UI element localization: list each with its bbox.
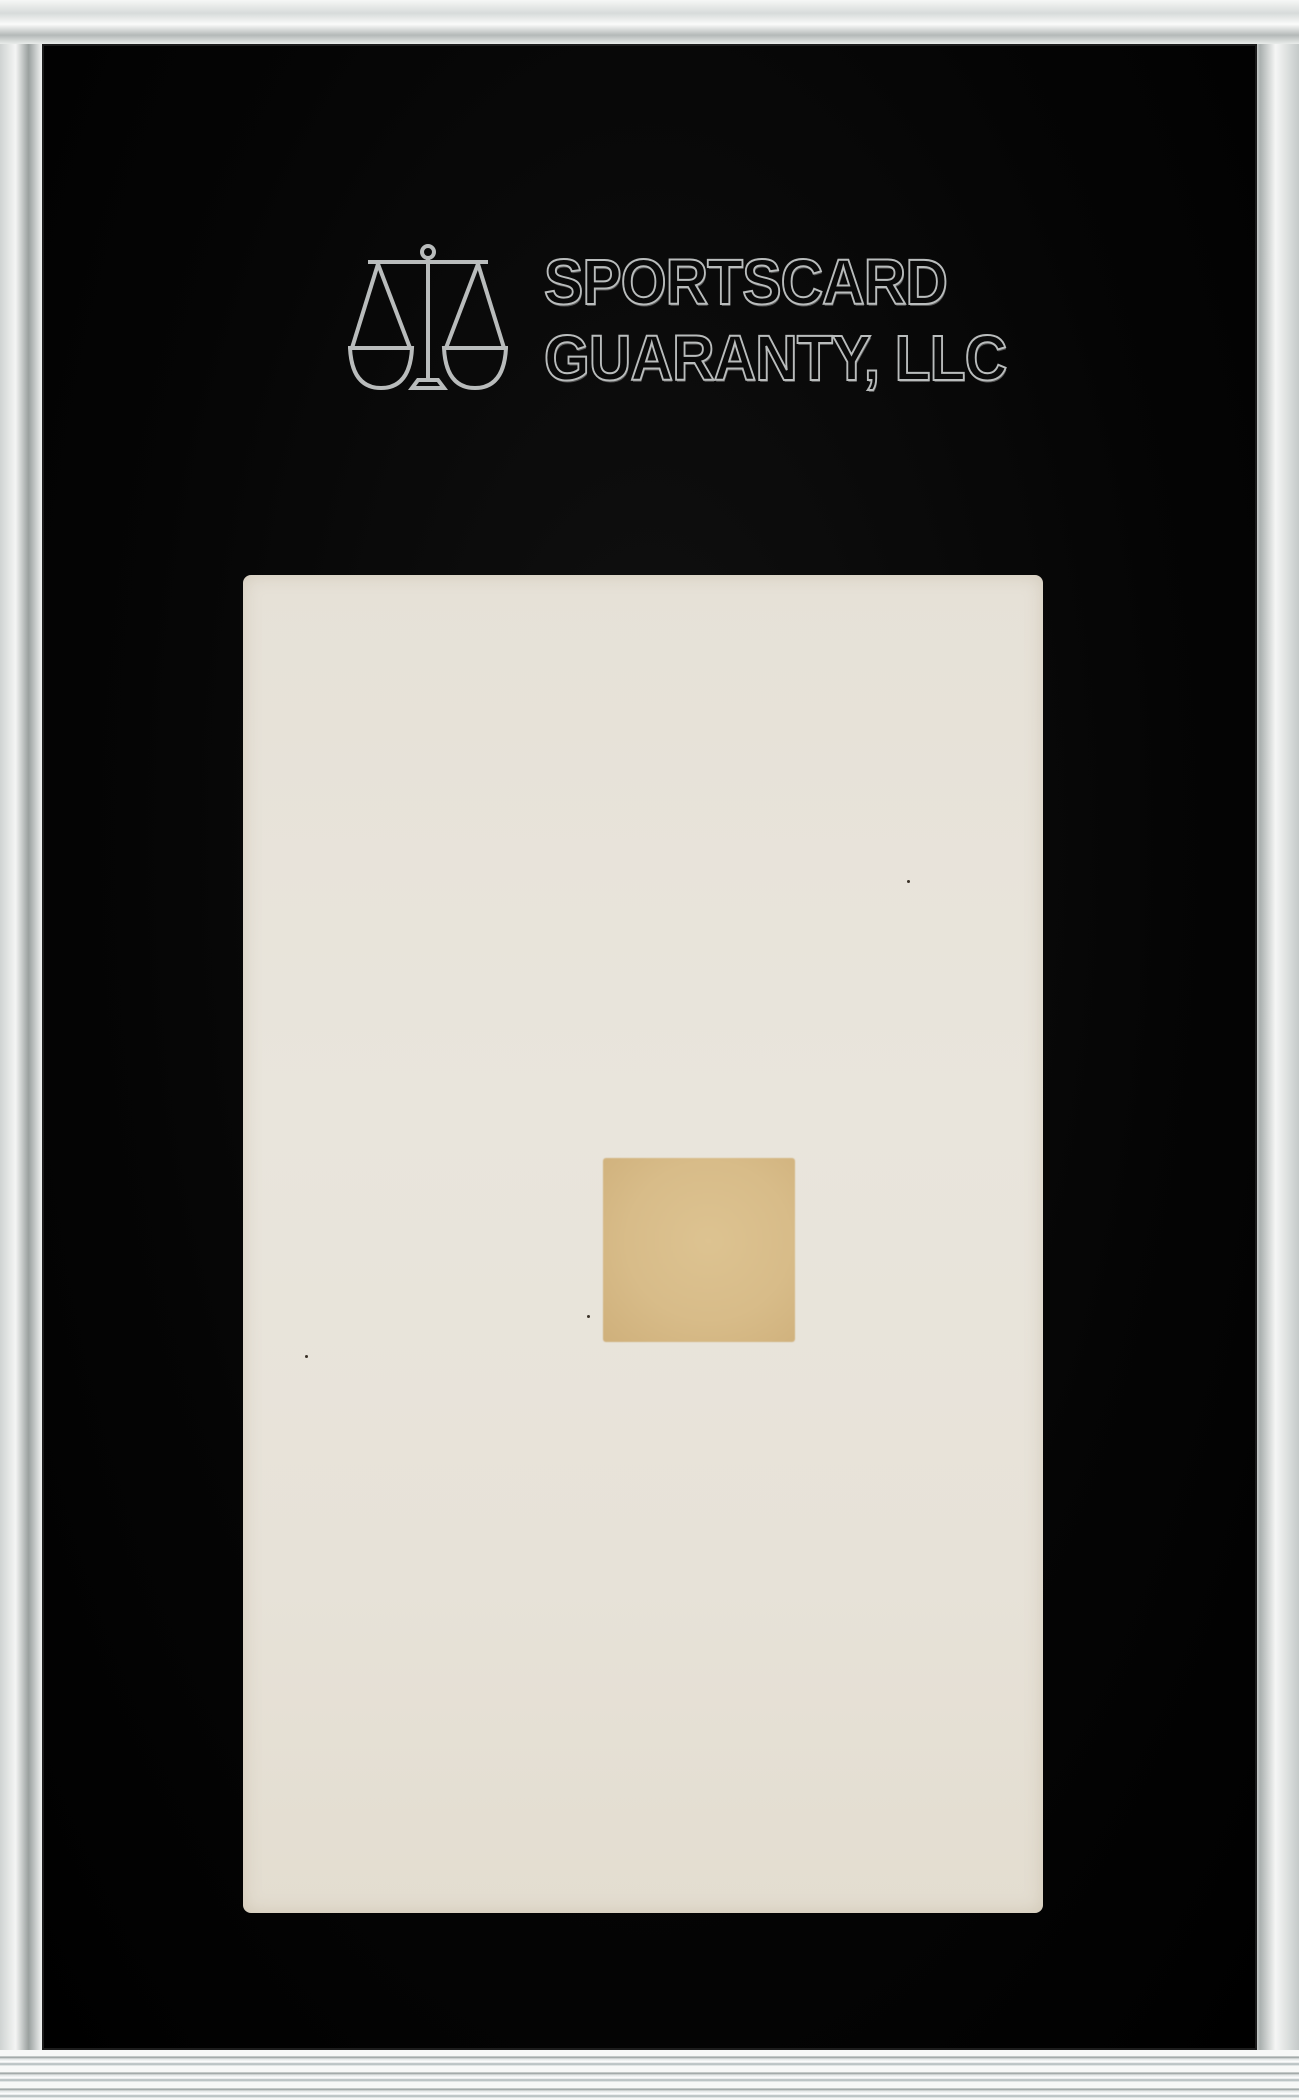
paper-residue-stain (603, 1158, 795, 1342)
logo-text-sportscard: SPORTSCARD (544, 250, 947, 314)
logo-text-guaranty-llc: GUARANTY, LLC (544, 326, 1006, 390)
speck (305, 1355, 308, 1358)
slab-bottom-edge (0, 2050, 1299, 2100)
card-back (243, 575, 1043, 1913)
slab-top-edge (0, 0, 1299, 44)
speck (587, 1315, 590, 1318)
graded-card-slab: SPORTSCARD GUARANTY, LLC (0, 0, 1299, 2100)
slab-black-insert: SPORTSCARD GUARANTY, LLC (42, 44, 1257, 2050)
speck (907, 880, 910, 883)
grader-logo: SPORTSCARD GUARANTY, LLC (348, 240, 1038, 410)
balance-scales-icon (348, 240, 508, 400)
